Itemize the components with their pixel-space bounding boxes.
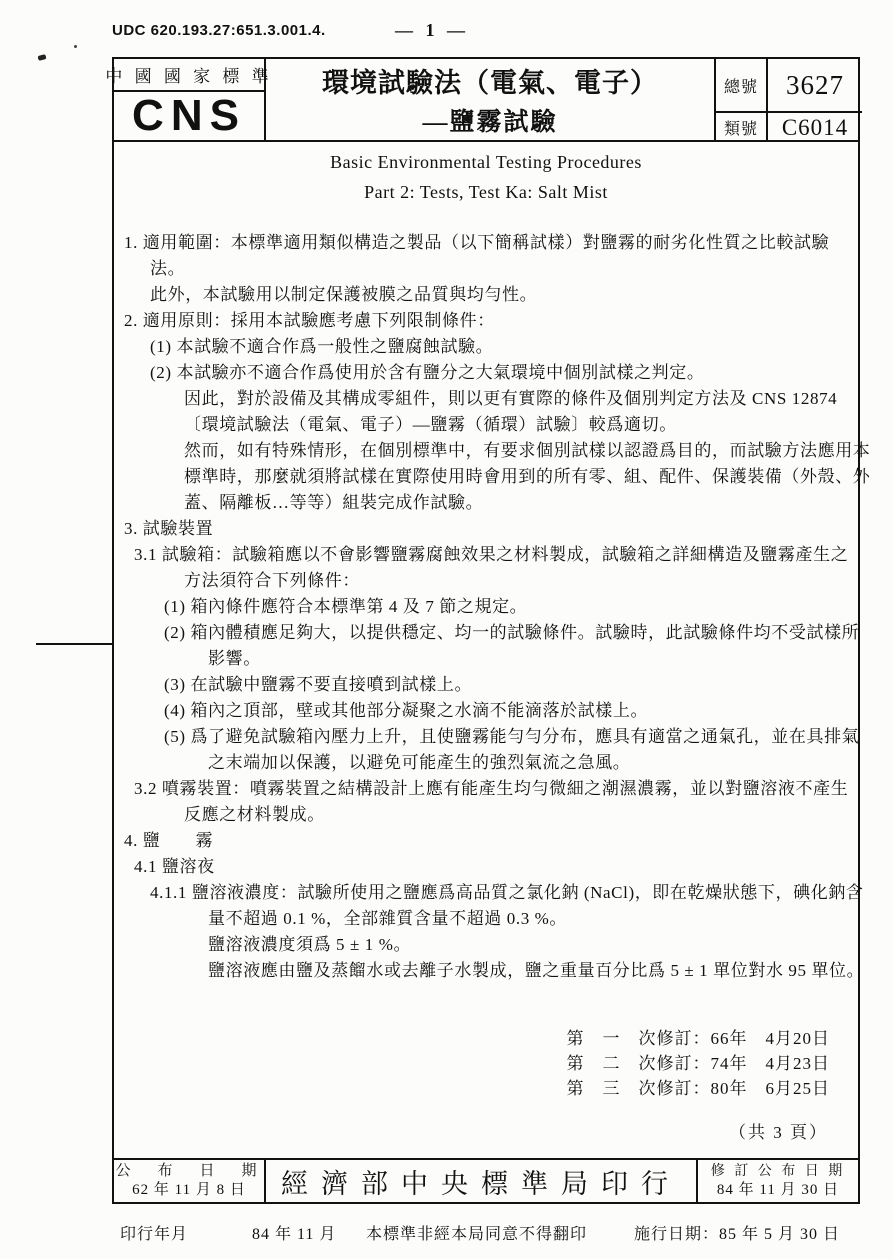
- doc-number-cell: 總號 3627 類號 C6014: [716, 59, 862, 140]
- copyright-notice: 本標準非經本局同意不得翻印: [366, 1221, 587, 1244]
- body-line: 4. 鹽 霧: [114, 828, 858, 854]
- body-line: 反應之材料製成。: [114, 802, 858, 828]
- header-table: 中 國 國 家 標 準 CNS 環境試驗法（電氣、電子） —鹽霧試驗 總號 36…: [112, 57, 860, 142]
- cns-logo: CNS: [114, 92, 264, 140]
- body-line: 3.1 試驗箱：試驗箱應以不會影響鹽霧腐蝕效果之材料製成，試驗箱之詳細構造及鹽霧…: [114, 542, 858, 568]
- doc-title-cell: 環境試驗法（電氣、電子） —鹽霧試驗: [266, 59, 716, 140]
- body-line: 法。: [114, 256, 858, 282]
- body-line: (3) 在試驗中鹽霧不要直接噴到試樣上。: [114, 672, 858, 698]
- body-line: 因此，對於設備及其構成零組件，則以更有實際的條件及個別判定方法及 CNS 128…: [114, 386, 858, 412]
- publisher-cell: 經濟部中央標準局印行: [266, 1160, 698, 1202]
- body-line: (5) 爲了避免試驗箱內壓力上升，且使鹽霧能勻勻分布，應具有適當之通氣孔，並在具…: [114, 724, 858, 750]
- cns-org-cell: 中 國 國 家 標 準 CNS: [114, 59, 266, 140]
- page-number: — 1 —: [395, 20, 469, 41]
- total-pages-note: （共 3 頁）: [729, 1118, 828, 1143]
- effective-date: 施行日期：85 年 5 月 30 日: [634, 1221, 840, 1244]
- body-line: 鹽溶液濃度須爲 5 ± 1 %。: [114, 932, 858, 958]
- body-line: 鹽溶液應由鹽及蒸餾水或去離子水製成，鹽之重量百分比爲 5 ± 1 單位對水 95…: [114, 958, 858, 984]
- body-line: 4.1 鹽溶夜: [114, 854, 858, 880]
- revision-publish-date-label: 修 訂 公 布 日 期: [711, 1162, 846, 1181]
- body-line: (1) 箱內條件應符合本標準第 4 及 7 節之規定。: [114, 594, 858, 620]
- body-line: 然而，如有特殊情形，在個別標準中，有要求個別試樣以認證爲目的，而試驗方法應用本: [114, 438, 858, 464]
- body-line: 之末端加以保護，以避免可能產生的強烈氣流之急風。: [114, 750, 858, 776]
- serial-number: 3627: [768, 59, 862, 111]
- body-line: (2) 箱內體積應足夠大，以提供穩定、均一的試驗條件。試驗時，此試驗條件均不受試…: [114, 620, 858, 646]
- doc-title-line2: —鹽霧試驗: [422, 102, 557, 138]
- body-line: 4.1.1 鹽溶液濃度：試驗所使用之鹽應爲高品質之氯化鈉 (NaCl)，即在乾燥…: [114, 880, 858, 906]
- revision-line: 第 三 次修訂：80年 6月25日: [567, 1076, 831, 1101]
- body-line: 蓋、隔離板…等等）組裝完成作試驗。: [114, 490, 858, 516]
- revision-history: 第 一 次修訂：66年 4月20日 第 二 次修訂：74年 4月23日 第 三 …: [567, 1026, 831, 1101]
- body-line: 2. 適用原則：採用本試驗應考慮下列限制條件：: [114, 308, 858, 334]
- body-line: 3.2 噴霧裝置：噴霧裝置之結構設計上應有能產生均勻微細之潮濕濃霧，並以對鹽溶液…: [114, 776, 858, 802]
- body-line: 1. 適用範圍：本標準適用類似構造之製品（以下簡稱試樣）對鹽霧的耐劣化性質之比較…: [114, 230, 858, 256]
- print-date-label: 印行年月: [120, 1221, 188, 1244]
- publisher-name: 經濟部中央標準局印行: [281, 1162, 681, 1201]
- body-line: 〔環境試驗法（電氣、電子）—鹽霧（循環）試驗〕較爲適切。: [114, 412, 858, 438]
- doc-title-line1: 環境試驗法（電氣、電子）: [322, 61, 658, 100]
- body-line: (1) 本試驗不適合作爲一般性之鹽腐蝕試驗。: [114, 334, 858, 360]
- scan-speck: [74, 45, 77, 48]
- body-line: 量不超過 0.1 %，全部雜質含量不超過 0.3 %。: [114, 906, 858, 932]
- body-text: 1. 適用範圍：本標準適用類似構造之製品（以下簡稱試樣）對鹽霧的耐劣化性質之比較…: [114, 230, 858, 984]
- subtitle-en-line2: Part 2: Tests, Test Ka: Salt Mist: [114, 182, 858, 203]
- body-line: 3. 試驗裝置: [114, 516, 858, 542]
- scan-speck: [37, 54, 46, 61]
- bottom-note-line: 印行年月 84 年 11 月 本標準非經本局同意不得翻印 施行日期：85 年 5…: [0, 1221, 893, 1245]
- body-line: (2) 本試驗亦不適合作爲使用於含有鹽分之大氣環境中個別試樣之判定。: [114, 360, 858, 386]
- org-name: 中 國 國 家 標 準: [114, 59, 264, 92]
- revision-publish-date-value: 84 年 11 月 30 日: [717, 1181, 839, 1200]
- revision-publish-date-cell: 修 訂 公 布 日 期 84 年 11 月 30 日: [698, 1160, 858, 1202]
- publish-date-cell: 公 布 日 期 62 年 11 月 8 日: [114, 1160, 266, 1202]
- subtitle-en-line1: Basic Environmental Testing Procedures: [114, 152, 858, 173]
- revision-line: 第 一 次修訂：66年 4月20日: [567, 1026, 831, 1051]
- class-label: 類號: [716, 113, 768, 142]
- publish-date-value: 62 年 11 月 8 日: [132, 1181, 246, 1200]
- document-page: UDC 620.193.27:651.3.001.4. — 1 — 中 國 國 …: [0, 0, 893, 1259]
- class-number: C6014: [768, 113, 862, 142]
- footer-table: 公 布 日 期 62 年 11 月 8 日 經濟部中央標準局印行 修 訂 公 布…: [112, 1158, 860, 1204]
- body-line: 方法須符合下列條件：: [114, 568, 858, 594]
- body-line: 此外，本試驗用以制定保護被膜之品質與均勻性。: [114, 282, 858, 308]
- body-box: Basic Environmental Testing Procedures P…: [112, 142, 860, 1158]
- body-line: 標準時，那麼就須將試樣在實際使用時會用到的所有零、組、配件、保護裝備（外殼、外: [114, 464, 858, 490]
- publish-date-label: 公 布 日 期: [115, 1162, 262, 1181]
- revision-line: 第 二 次修訂：74年 4月23日: [567, 1051, 831, 1076]
- udc-number: UDC 620.193.27:651.3.001.4.: [112, 22, 326, 39]
- body-line: (4) 箱內之頂部，壁或其他部分凝聚之水滴不能滴落於試樣上。: [114, 698, 858, 724]
- body-line: 影響。: [114, 646, 858, 672]
- print-date-value: 84 年 11 月: [252, 1221, 336, 1244]
- serial-label: 總號: [716, 59, 768, 111]
- registration-mark: [36, 643, 114, 645]
